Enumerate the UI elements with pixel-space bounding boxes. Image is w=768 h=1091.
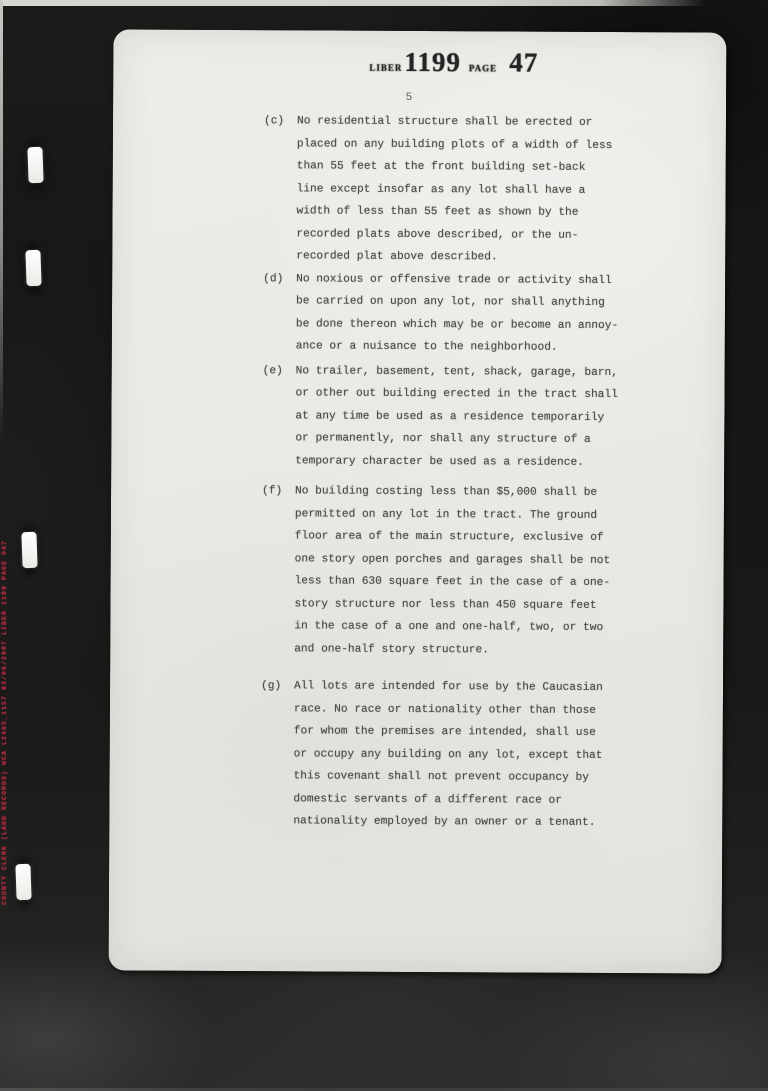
margin-recording-stamp: COUNTY CLERK (LAND RECORDS) WCA L2465_11… — [1, 437, 12, 905]
binder-hole — [25, 250, 41, 287]
paragraph-e: (e) No trailer, basement, tent, shack, g… — [262, 360, 703, 475]
document-page: LIBER 1199 PAGE 47 5 (c) No residential … — [109, 29, 727, 973]
paragraph-label: (g) — [260, 675, 294, 833]
margin-recording-stamp-text: COUNTY CLERK (LAND RECORDS) WCA L2465_11… — [1, 540, 8, 905]
scan-edge-left — [0, 0, 3, 440]
page-number: 5 — [406, 92, 413, 104]
liber-number: 1199 — [404, 49, 461, 76]
paragraph-label: (c) — [263, 110, 297, 268]
paragraph-text: No noxious or offensive trade or activit… — [296, 268, 636, 360]
paragraph-c: (c) No residential structure shall be er… — [263, 110, 704, 270]
paragraph-d: (d) No noxious or offensive trade or act… — [263, 268, 703, 360]
liber-label: LIBER — [369, 63, 402, 73]
binder-hole — [21, 532, 37, 569]
paragraph-text: No building costing less than $5,000 sha… — [294, 480, 635, 662]
paragraph-text: No residential structure shall be erecte… — [296, 110, 637, 269]
liber-page-stamp: LIBER 1199 PAGE 47 — [113, 47, 726, 77]
scanned-page-photo: COUNTY CLERK (LAND RECORDS) WCA L2465_11… — [0, 0, 768, 1091]
paragraph-label: (e) — [262, 360, 296, 473]
document-body: (c) No residential structure shall be er… — [260, 110, 704, 835]
scan-edge-top — [0, 0, 768, 6]
page-number-stamp: 47 — [509, 49, 538, 76]
paragraph-f: (f) No building costing less than $5,000… — [261, 480, 702, 662]
paragraph-g: (g) All lots are intended for use by the… — [260, 675, 701, 835]
paragraph-text: All lots are intended for use by the Cau… — [293, 675, 634, 834]
binder-hole — [27, 147, 43, 184]
page-label: PAGE — [469, 63, 497, 73]
paragraph-text: No trailer, basement, tent, shack, garag… — [295, 360, 636, 474]
paragraph-label: (f) — [261, 480, 295, 660]
binder-hole — [15, 864, 31, 901]
paragraph-label: (d) — [263, 268, 296, 358]
